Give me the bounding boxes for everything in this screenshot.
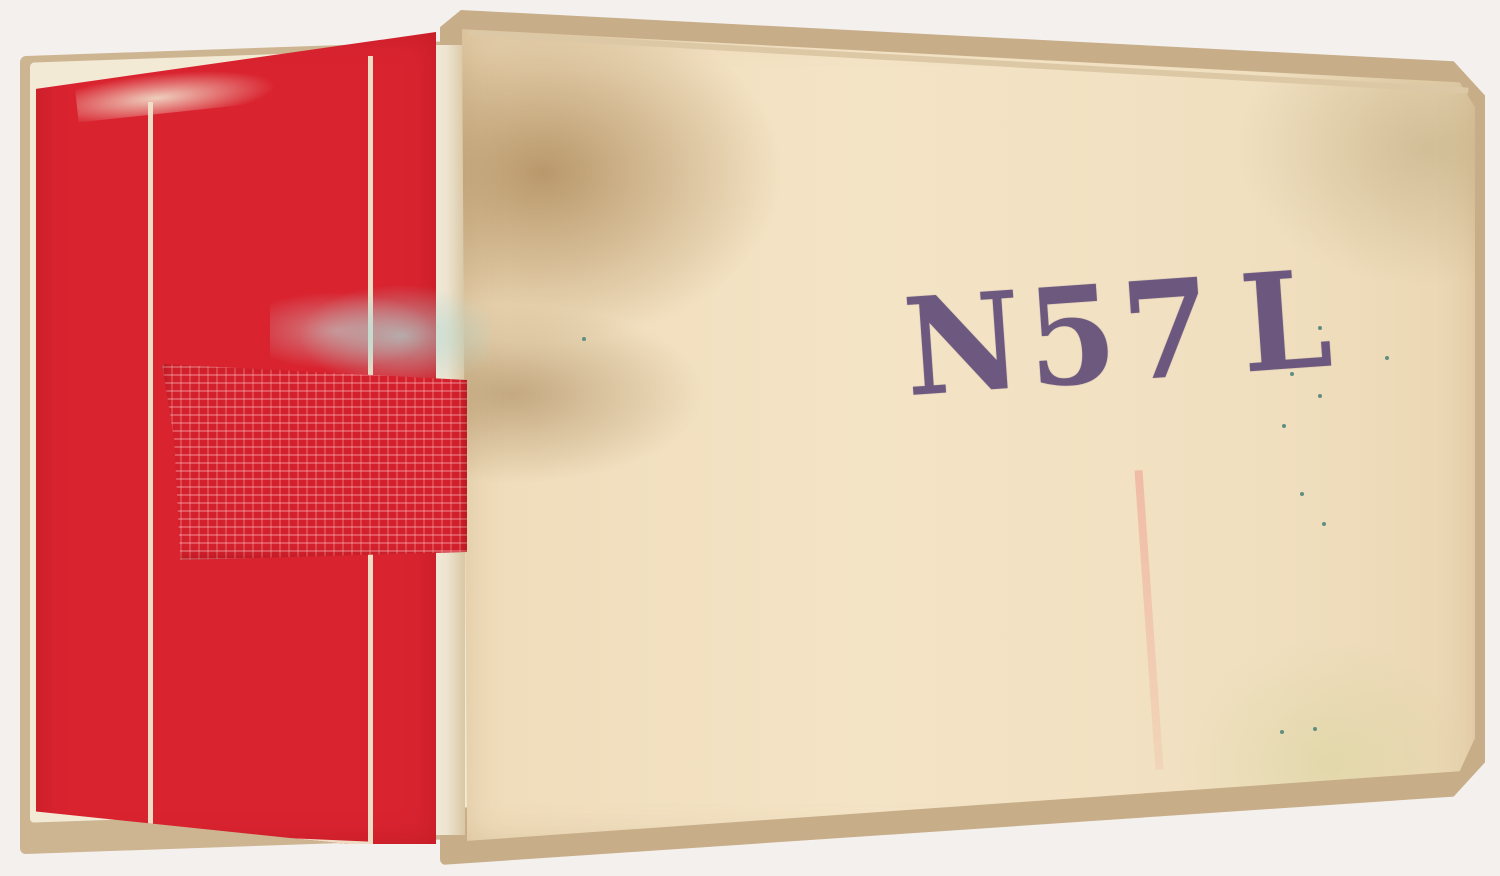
stamp-code-letter: L (1235, 240, 1342, 404)
ink-dot (582, 337, 586, 341)
box-lid-face (462, 25, 1480, 845)
fabric-pull-tab (162, 360, 467, 560)
photo-scene: N57L (0, 0, 1500, 876)
stamp-code-number: N57 (899, 249, 1222, 428)
ink-dot (1313, 727, 1317, 731)
band-stripe-left (148, 102, 153, 837)
ink-dot (1385, 356, 1389, 360)
ink-dot (1280, 730, 1284, 734)
ink-dot (1282, 424, 1286, 428)
loose-fibers (270, 270, 490, 380)
ink-dot (1322, 522, 1326, 526)
stamped-code: N57L (900, 252, 1341, 416)
ink-dot (1300, 492, 1304, 496)
